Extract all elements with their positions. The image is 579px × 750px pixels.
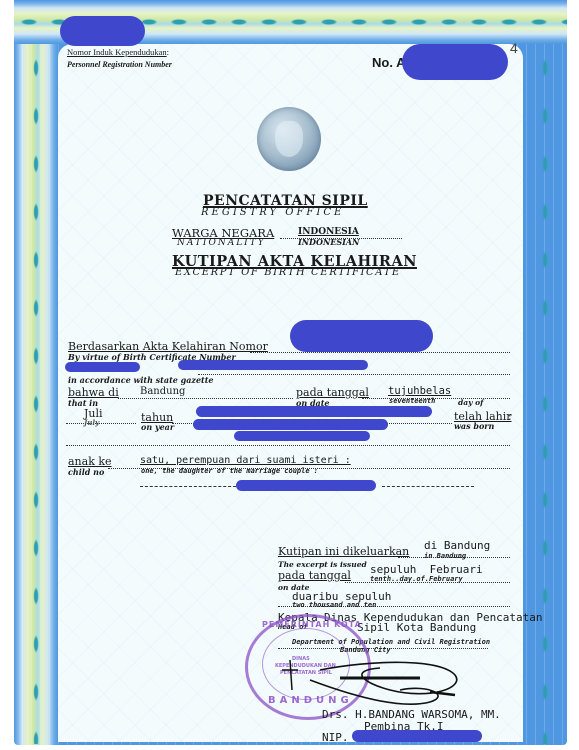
border-ornament-left bbox=[14, 44, 58, 744]
parents-line-left bbox=[140, 486, 236, 487]
child-label-en: child no bbox=[68, 467, 104, 477]
department-line-2: Sipil Kota Bandung bbox=[357, 621, 476, 634]
issued-place-en: in Bandung bbox=[424, 552, 466, 560]
redaction-year-2 bbox=[193, 419, 388, 430]
garuda-emblem-icon bbox=[257, 107, 321, 171]
issued-label-en: The excerpt is issued bbox=[278, 560, 367, 569]
child-value-en: one, the daughter of the marriage couple… bbox=[141, 467, 318, 475]
birth-cert-number-line bbox=[250, 352, 510, 353]
redaction-year-3 bbox=[234, 431, 370, 441]
born-extra-line bbox=[66, 445, 510, 446]
redaction-gazette-1 bbox=[65, 362, 140, 372]
nationality-value: INDONESIA bbox=[298, 227, 359, 237]
day-value-en: seventeenth bbox=[389, 397, 435, 405]
year-label-en: on year bbox=[141, 422, 174, 432]
nik-label-en: Personnel Registration Number bbox=[67, 60, 172, 69]
month-line bbox=[66, 423, 136, 424]
issue-date-value-en: tenth..day.of.February bbox=[370, 575, 463, 583]
redaction-certificate-number bbox=[402, 44, 508, 80]
day-of-en: day of bbox=[458, 398, 483, 407]
child-value: satu, perempuan dari suami isteri : bbox=[140, 455, 351, 466]
office-title-en: REGISTRY OFFICE bbox=[201, 207, 344, 218]
nationality-label-en: NATIONALITY bbox=[177, 238, 266, 248]
nationality-value-en: INDONESIAN bbox=[298, 237, 359, 247]
place-line bbox=[118, 398, 293, 399]
month-value-en: July bbox=[84, 418, 99, 427]
day-line bbox=[362, 398, 510, 399]
stamp-top-text: PEMERINTAH KOTA bbox=[262, 620, 362, 629]
redaction-nip bbox=[352, 730, 482, 742]
document-title-en: EXCERPT OF BIRTH CERTIFICATE bbox=[175, 267, 401, 278]
day-value: tujuhbelas bbox=[388, 385, 451, 397]
parents-line-right bbox=[382, 486, 474, 487]
redaction-year-1 bbox=[196, 406, 432, 417]
redaction-parents bbox=[236, 480, 376, 491]
certificate-number-label: No. A bbox=[372, 55, 405, 70]
nik-label: Nomor Induk Kependudukan: bbox=[67, 47, 169, 57]
redaction-gazette-2 bbox=[178, 360, 368, 370]
nip-label: NIP. bbox=[322, 731, 349, 744]
redaction-top-left bbox=[60, 16, 145, 46]
issued-place: di Bandung bbox=[424, 539, 490, 552]
border-ornament-right bbox=[523, 44, 567, 744]
place-value: Bandung bbox=[140, 386, 185, 397]
born-colon: : bbox=[508, 410, 512, 423]
issued-label: Kutipan ini dikeluarkan bbox=[278, 545, 409, 558]
gazette-line bbox=[198, 374, 510, 375]
redaction-birth-cert-number bbox=[290, 320, 433, 352]
issue-year-value-en: two thousand and ten bbox=[292, 601, 376, 609]
gazette-label-en: in accordance with state gazette bbox=[68, 375, 214, 385]
issue-date-label: pada tanggal bbox=[278, 569, 351, 582]
born-label-en: was born bbox=[454, 421, 494, 431]
corner-mark: 4 bbox=[510, 40, 518, 56]
